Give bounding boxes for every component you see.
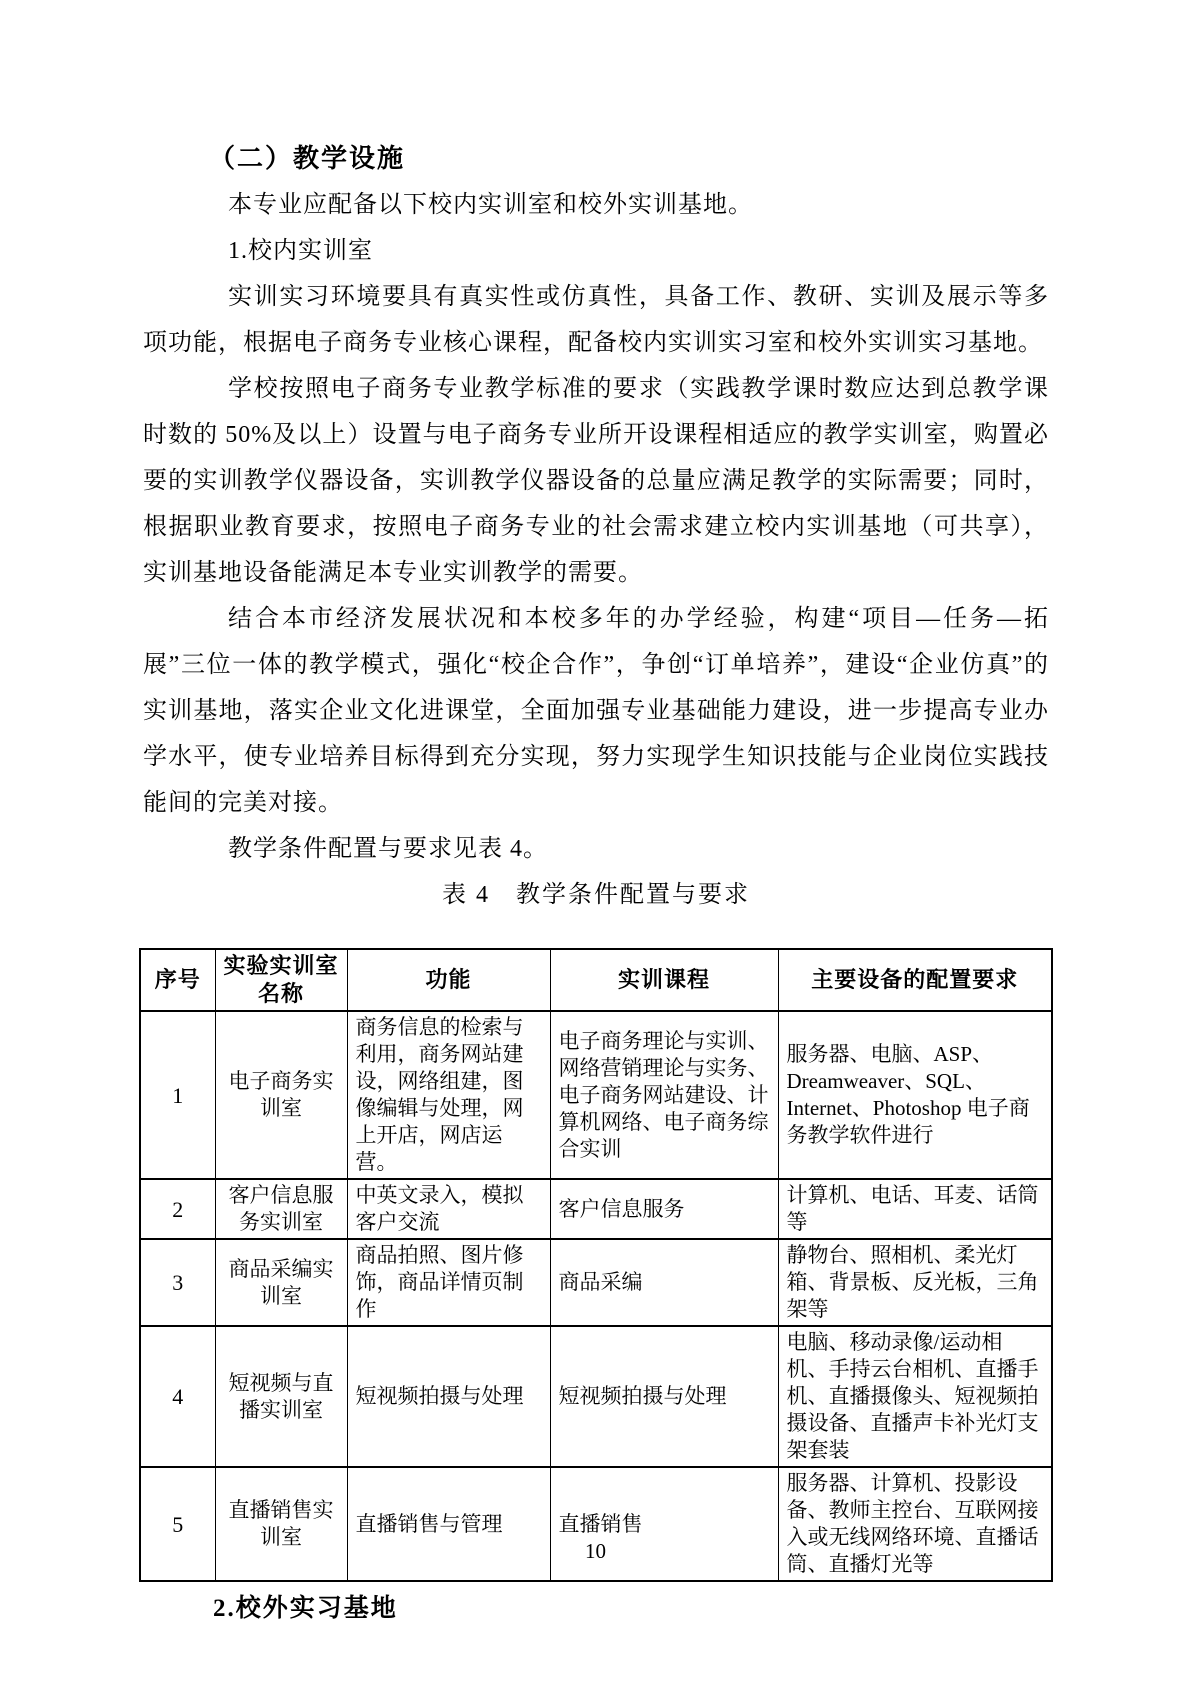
table-cell: 商品拍照、图片修饰，商品详情页制作 bbox=[347, 1239, 550, 1326]
table-cell: 1 bbox=[140, 1011, 215, 1179]
table-cell: 计算机、电话、耳麦、话筒等 bbox=[778, 1179, 1052, 1239]
table-header-row: 序号 实验实训室名称 功能 实训课程 主要设备的配置要求 bbox=[140, 949, 1052, 1011]
subsection-2-title: 2.校外实习基地 bbox=[143, 1586, 1049, 1632]
column-header-room-name: 实验实训室名称 bbox=[215, 949, 347, 1011]
section-heading: （二）教学设施 bbox=[143, 136, 1049, 182]
table-cell: 商品采编 bbox=[550, 1239, 778, 1326]
table-cell: 静物台、照相机、柔光灯箱、背景板、反光板，三角架等 bbox=[778, 1239, 1052, 1326]
table-cell: 电子商务实训室 bbox=[215, 1011, 347, 1179]
table-cell: 电子商务理论与实训、网络营销理论与实务、电子商务网站建设、计算机网络、电子商务综… bbox=[550, 1011, 778, 1179]
subsection-1-title: 1.校内实训室 bbox=[143, 228, 1049, 274]
table-cell: 商务信息的检索与利用，商务网站建设，网络组建，图像编辑与处理，网上开店，网店运营… bbox=[347, 1011, 550, 1179]
table-cell: 2 bbox=[140, 1179, 215, 1239]
column-header-index: 序号 bbox=[140, 949, 215, 1011]
table-row: 3商品采编实训室商品拍照、图片修饰，商品详情页制作商品采编静物台、照相机、柔光灯… bbox=[140, 1239, 1052, 1326]
table-cell: 4 bbox=[140, 1326, 215, 1467]
table-caption: 表 4 教学条件配置与要求 bbox=[143, 872, 1049, 918]
teaching-facilities-table: 序号 实验实训室名称 功能 实训课程 主要设备的配置要求 1电子商务实训室商务信… bbox=[139, 948, 1053, 1582]
column-header-function: 功能 bbox=[347, 949, 550, 1011]
table-cell: 服务器、电脑、ASP、Dreamweaver、SQL、Internet、Phot… bbox=[778, 1011, 1052, 1179]
table-cell: 3 bbox=[140, 1239, 215, 1326]
column-header-courses: 实训课程 bbox=[550, 949, 778, 1011]
table-row: 1电子商务实训室商务信息的检索与利用，商务网站建设，网络组建，图像编辑与处理，网… bbox=[140, 1011, 1052, 1179]
table-row: 2客户信息服务实训室中英文录入，模拟客户交流客户信息服务计算机、电话、耳麦、话筒… bbox=[140, 1179, 1052, 1239]
table-cell: 短视频与直播实训室 bbox=[215, 1326, 347, 1467]
page-number: 10 bbox=[0, 1538, 1191, 1564]
paragraph-mode: 结合本市经济发展状况和本校多年的办学经验，构建“项目—任务—拓展”三位一体的教学… bbox=[143, 596, 1049, 826]
table-cell: 电脑、移动录像/运动相机、手持云台相机、直播手机、直播摄像头、短视频拍摄设备、直… bbox=[778, 1326, 1052, 1467]
table-cell: 客户信息服务 bbox=[550, 1179, 778, 1239]
table-cell: 客户信息服务实训室 bbox=[215, 1179, 347, 1239]
table-row: 4短视频与直播实训室短视频拍摄与处理短视频拍摄与处理电脑、移动录像/运动相机、手… bbox=[140, 1326, 1052, 1467]
paragraph-environment: 实训实习环境要具有真实性或仿真性，具备工作、教研、实训及展示等多项功能，根据电子… bbox=[143, 274, 1049, 366]
paragraph-standards: 学校按照电子商务专业教学标准的要求（实践教学课时数应达到总教学课时数的 50%及… bbox=[143, 366, 1049, 596]
document-content: （二）教学设施 本专业应配备以下校内实训室和校外实训基地。 1.校内实训室 实训… bbox=[143, 136, 1049, 1632]
table-cell: 中英文录入，模拟客户交流 bbox=[347, 1179, 550, 1239]
table-cell: 短视频拍摄与处理 bbox=[347, 1326, 550, 1467]
table-cell: 短视频拍摄与处理 bbox=[550, 1326, 778, 1467]
table-cell: 商品采编实训室 bbox=[215, 1239, 347, 1326]
paragraph-intro: 本专业应配备以下校内实训室和校外实训基地。 bbox=[143, 182, 1049, 228]
paragraph-see-table: 教学条件配置与要求见表 4。 bbox=[143, 826, 1049, 872]
column-header-equipment: 主要设备的配置要求 bbox=[778, 949, 1052, 1011]
